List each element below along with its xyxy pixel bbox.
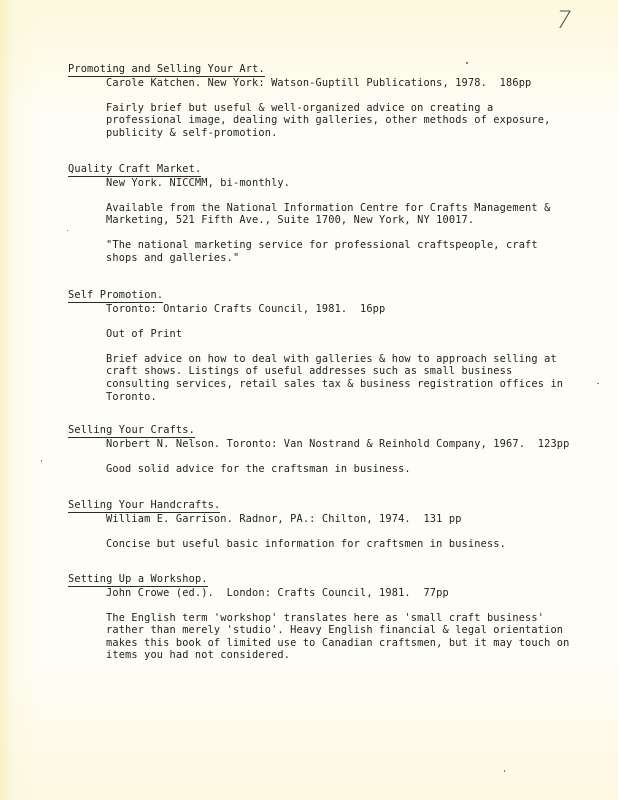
entry-citation: New York. NICCMM, bi-monthly. — [106, 177, 608, 190]
entry-description: The English term 'workshop' translates h… — [106, 612, 608, 662]
entry-title: Promoting and Selling Your Art. — [68, 64, 265, 77]
entry-title: Selling Your Crafts. — [68, 425, 195, 438]
document-page: 7 Promoting and Selling Your Art. Carole… — [0, 0, 618, 800]
entry-citation: John Crowe (ed.). London: Crafts Council… — [106, 587, 608, 600]
entry-description: Good solid advice for the craftsman in b… — [106, 463, 608, 476]
bibliography-entry: Selling Your Crafts. Norbert N. Nelson. … — [68, 424, 608, 475]
entry-description: Brief advice on how to deal with galleri… — [106, 353, 608, 403]
bibliography-entry: Selling Your Handcrafts. William E. Garr… — [68, 499, 608, 550]
entry-citation: William E. Garrison. Radnor, PA.: Chilto… — [106, 513, 608, 526]
entry-description: Fairly brief but useful & well-organized… — [106, 102, 608, 140]
entry-citation: Norbert N. Nelson. Toronto: Van Nostrand… — [106, 438, 608, 451]
entry-title: Setting Up a Workshop. — [68, 574, 208, 587]
scan-speck — [41, 460, 42, 462]
entry-title: Self Promotion. — [68, 290, 163, 303]
entry-citation: Carole Katchen. New York: Watson-Guptill… — [106, 77, 608, 90]
bibliography-entry: Self Promotion. Toronto: Ontario Crafts … — [68, 289, 608, 403]
scan-speck — [597, 383, 599, 384]
entry-quote: "The national marketing service for prof… — [106, 239, 608, 264]
scan-speck — [504, 770, 505, 772]
bibliography-entry: Quality Craft Market. New York. NICCMM, … — [68, 163, 608, 265]
entry-title: Selling Your Handcrafts. — [68, 500, 220, 513]
page-number: 7 — [553, 6, 574, 34]
scan-speck — [67, 230, 68, 231]
bibliography-entry: Setting Up a Workshop. John Crowe (ed.).… — [68, 573, 608, 662]
entry-description: Concise but useful basic information for… — [106, 538, 608, 551]
entry-citation: Toronto: Ontario Crafts Council, 1981. 1… — [106, 303, 608, 316]
entry-description: Available from the National Information … — [106, 202, 608, 227]
entry-status: Out of Print — [106, 328, 608, 341]
bibliography-entry: Promoting and Selling Your Art. Carole K… — [68, 63, 608, 139]
entry-title: Quality Craft Market. — [68, 164, 201, 177]
scan-speck — [466, 62, 468, 64]
